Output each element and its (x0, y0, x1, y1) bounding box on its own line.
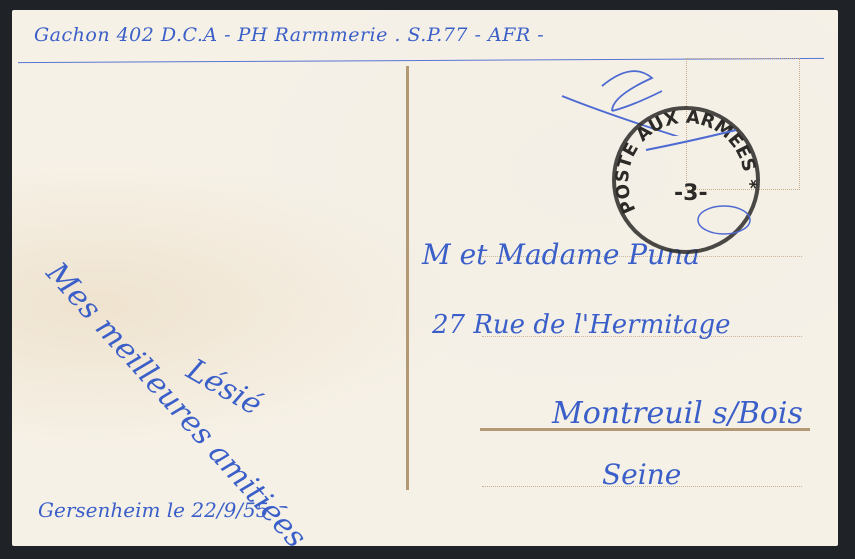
postcard-back: Gachon 402 D.C.A - PH Rarmmerie . S.P.77… (12, 10, 838, 546)
address-street: 27 Rue de l'Hermitage (432, 310, 731, 340)
svg-text:-3-: -3- (674, 181, 708, 206)
address-region: Seine (602, 458, 681, 491)
center-divider (406, 66, 409, 490)
circular-postmark-icon: POSTE AUX ARMEES * 7 * -3- (606, 100, 766, 260)
address-city: Montreuil s/Bois (552, 396, 803, 431)
sender-header: Gachon 402 D.C.A - PH Rarmmerie . S.P.77… (34, 24, 544, 46)
place-date: Gersenheim le 22/9/55 (38, 498, 268, 522)
